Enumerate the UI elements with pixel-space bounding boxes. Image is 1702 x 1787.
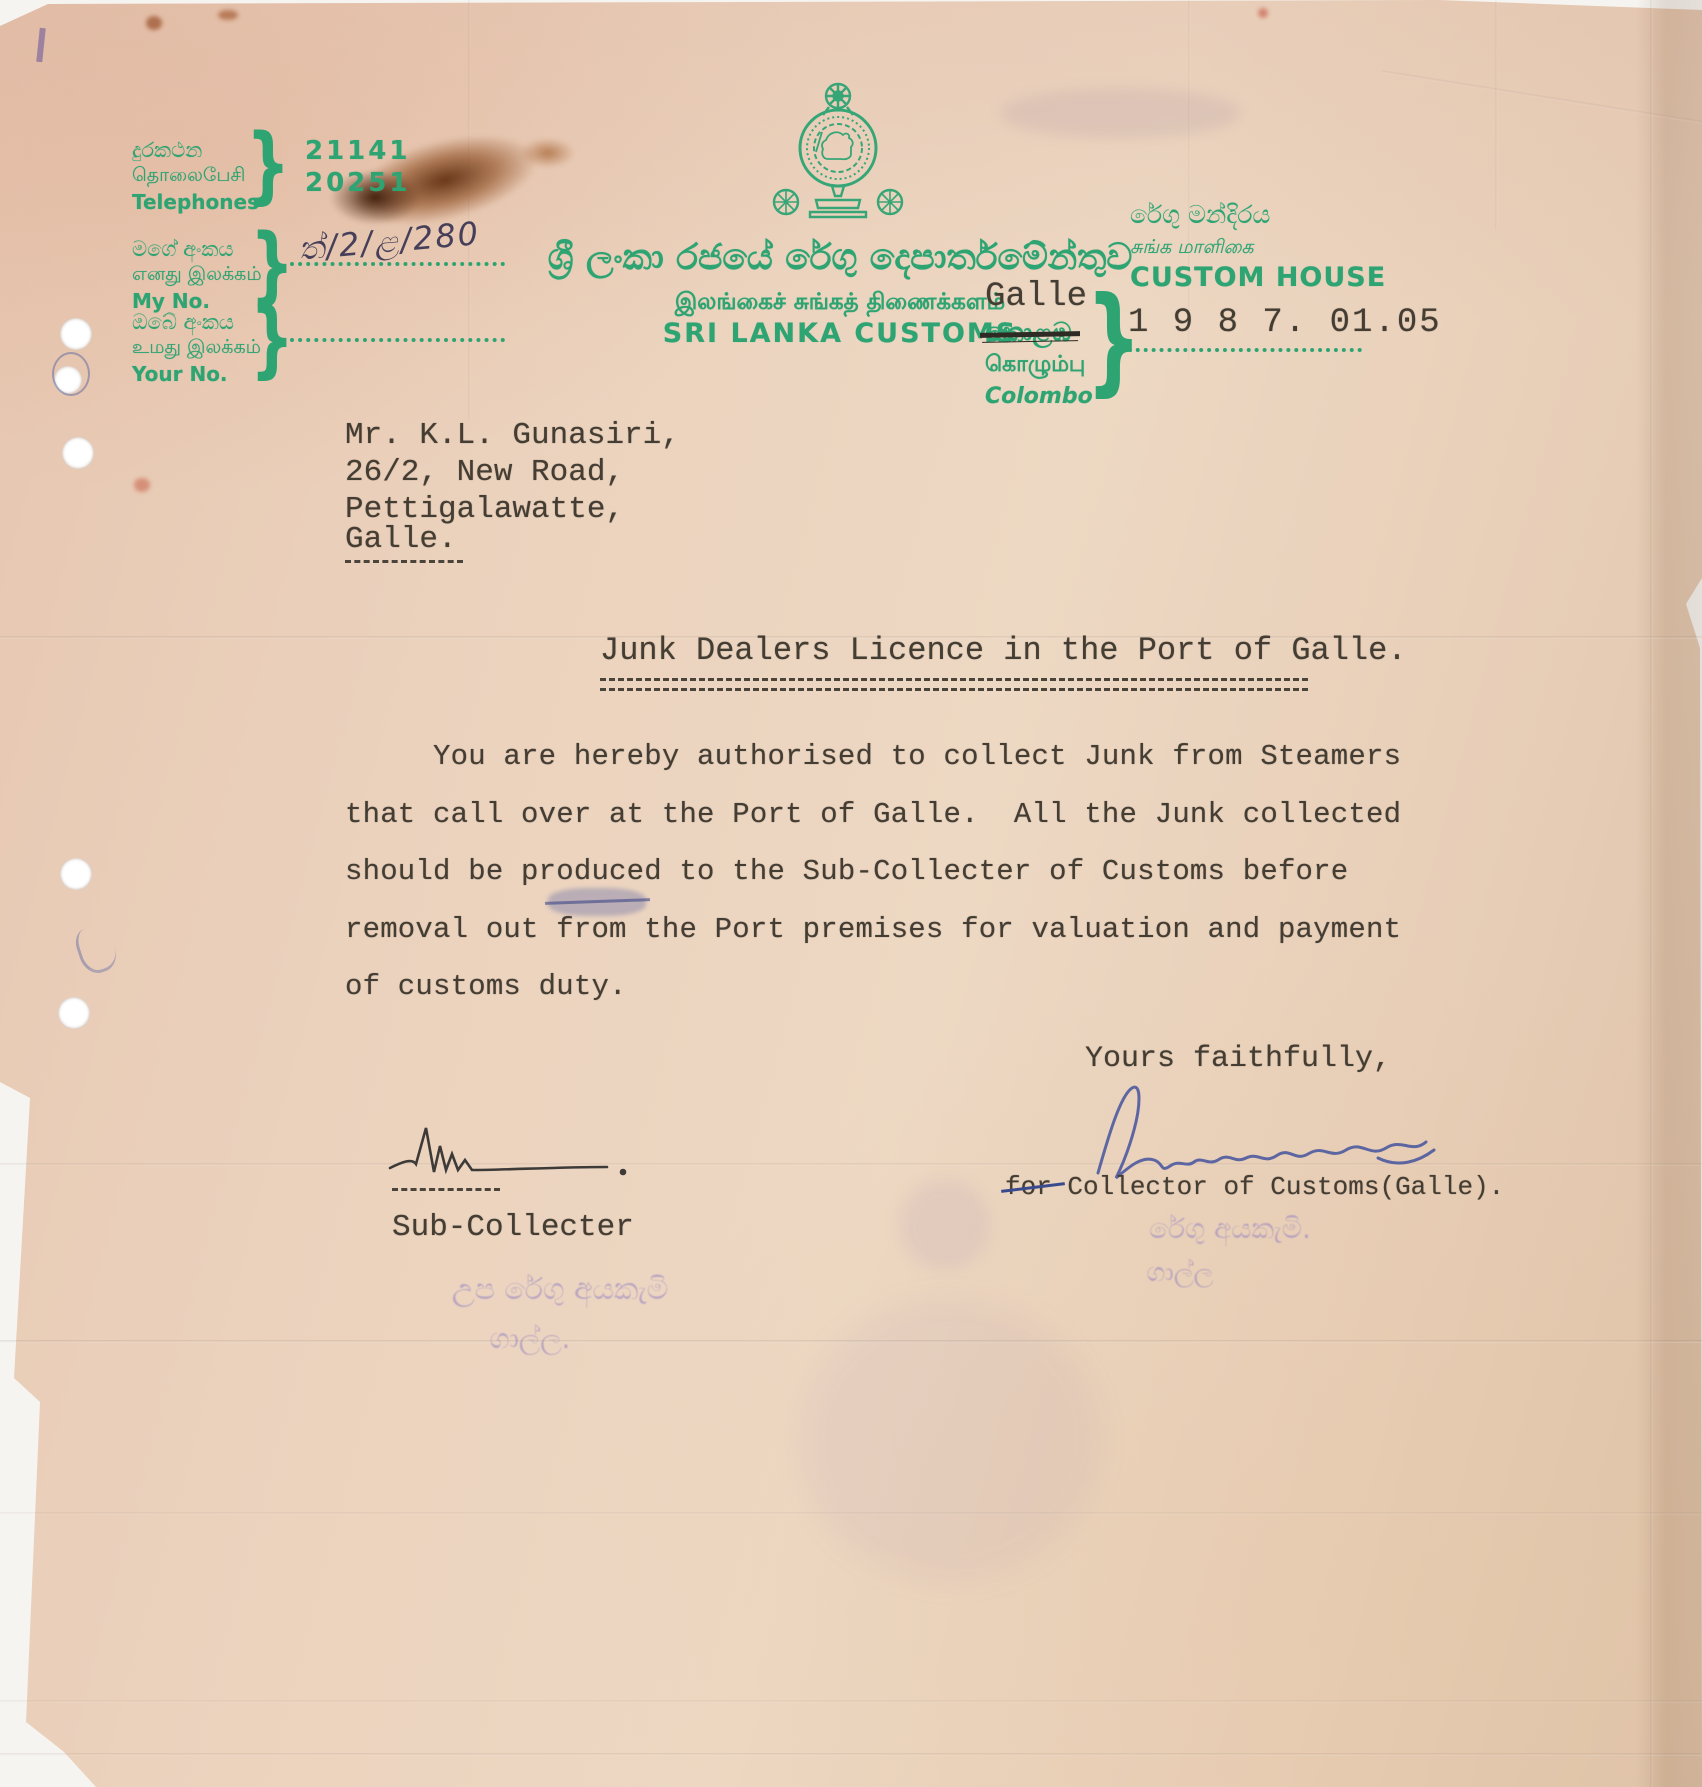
pen-circle-mark	[52, 352, 90, 396]
subject-underline	[600, 678, 1308, 691]
speck	[146, 16, 162, 30]
department-title-sinhala: ශ්‍රී ලංකා රජයේ රේගු දෙපාර්තමේන්තුව	[520, 236, 1160, 280]
signatory-line: for Collector of Customs(Galle).	[1005, 1172, 1504, 1202]
signature-underline	[392, 1188, 500, 1191]
crease	[1650, 0, 1653, 1787]
crease	[0, 1163, 1702, 1166]
your-no-label-english: Your No.	[132, 362, 228, 386]
signatory-title: Collector of Customs(Galle).	[1052, 1172, 1504, 1202]
hole-punch	[60, 318, 92, 350]
speck	[1258, 8, 1268, 18]
custom-house-sinhala: රේගු මන්දිරය	[1130, 200, 1430, 231]
date-dotted-line	[1112, 348, 1362, 352]
telephones-label-tamil: தொலைபேசி	[132, 164, 245, 187]
ink-stain	[520, 138, 575, 168]
right-fold-shading	[1636, 0, 1702, 1787]
customs-collector-stamp-line2: ගාල්ල	[1060, 1258, 1300, 1289]
crease	[0, 1700, 1702, 1703]
brace: }	[250, 289, 294, 388]
place-struck-tamil: கொழும்பு	[985, 352, 1085, 379]
custom-house-english: CUSTOM HOUSE	[1130, 262, 1430, 295]
recipient-city-underline	[345, 560, 463, 563]
brace: }	[246, 115, 290, 214]
scanned-letter: දුරකථන தொலைபேசி Telephones } 21141 20251…	[0, 0, 1702, 1787]
sub-collector-title: Sub-Collecter	[392, 1210, 634, 1245]
phone-number-1: 21141	[305, 136, 410, 168]
custom-house-tamil: சுங்க மாளிகை	[1130, 236, 1430, 259]
sri-lanka-emblem-icon	[766, 80, 910, 236]
my-no-label-sinhala: මගේ අංකය	[132, 237, 234, 263]
faint-ink-ghost	[800, 1300, 1100, 1580]
subject-line: Junk Dealers Licence in the Port of Gall…	[600, 632, 1407, 669]
my-no-label-tamil: எனது இலக்கம்	[132, 263, 262, 286]
crease	[1495, 0, 1498, 230]
speck	[134, 478, 150, 492]
recipient-city: Galle.	[345, 522, 457, 557]
hole-punch	[60, 858, 92, 890]
your-no-label-tamil: உமது இலக்கம்	[132, 336, 261, 359]
recipient-name: Mr. K.L. Gunasiri,	[345, 418, 680, 453]
recipient-address-1: 26/2, New Road,	[345, 455, 624, 490]
faint-stamp-ghost	[900, 1180, 990, 1270]
telephones-label-english: Telephones	[132, 190, 259, 214]
faint-pencil-smudge	[1000, 88, 1240, 138]
place-typed: Galle	[985, 278, 1087, 316]
speck	[218, 10, 238, 20]
hole-punch	[58, 997, 90, 1029]
crease	[0, 1753, 1702, 1756]
hole-punch	[62, 437, 94, 469]
body-paragraph: You are hereby authorised to collect Jun…	[345, 728, 1401, 1016]
telephones-label-sinhala: දුරකථන	[132, 138, 202, 164]
sub-collector-stamp-line1: උප රේගු අයකැමි	[400, 1272, 720, 1307]
your-no-dotted-line	[290, 338, 505, 342]
phone-number-2: 20251	[305, 168, 410, 200]
sub-collector-signature	[382, 1120, 632, 1195]
your-no-label-sinhala: ඔබේ අංකය	[132, 310, 234, 336]
customs-collector-stamp-line1: රේගු අයකැමි.	[1090, 1212, 1370, 1246]
for-word-struck: for	[1005, 1172, 1052, 1202]
place-struck-english: Colombo	[985, 384, 1093, 411]
valediction: Yours faithfully,	[1085, 1042, 1391, 1076]
date-typed: 1 9 8 7. 01.05	[1128, 304, 1442, 342]
sub-collector-stamp-line2: ගාල්ල.	[430, 1322, 630, 1356]
